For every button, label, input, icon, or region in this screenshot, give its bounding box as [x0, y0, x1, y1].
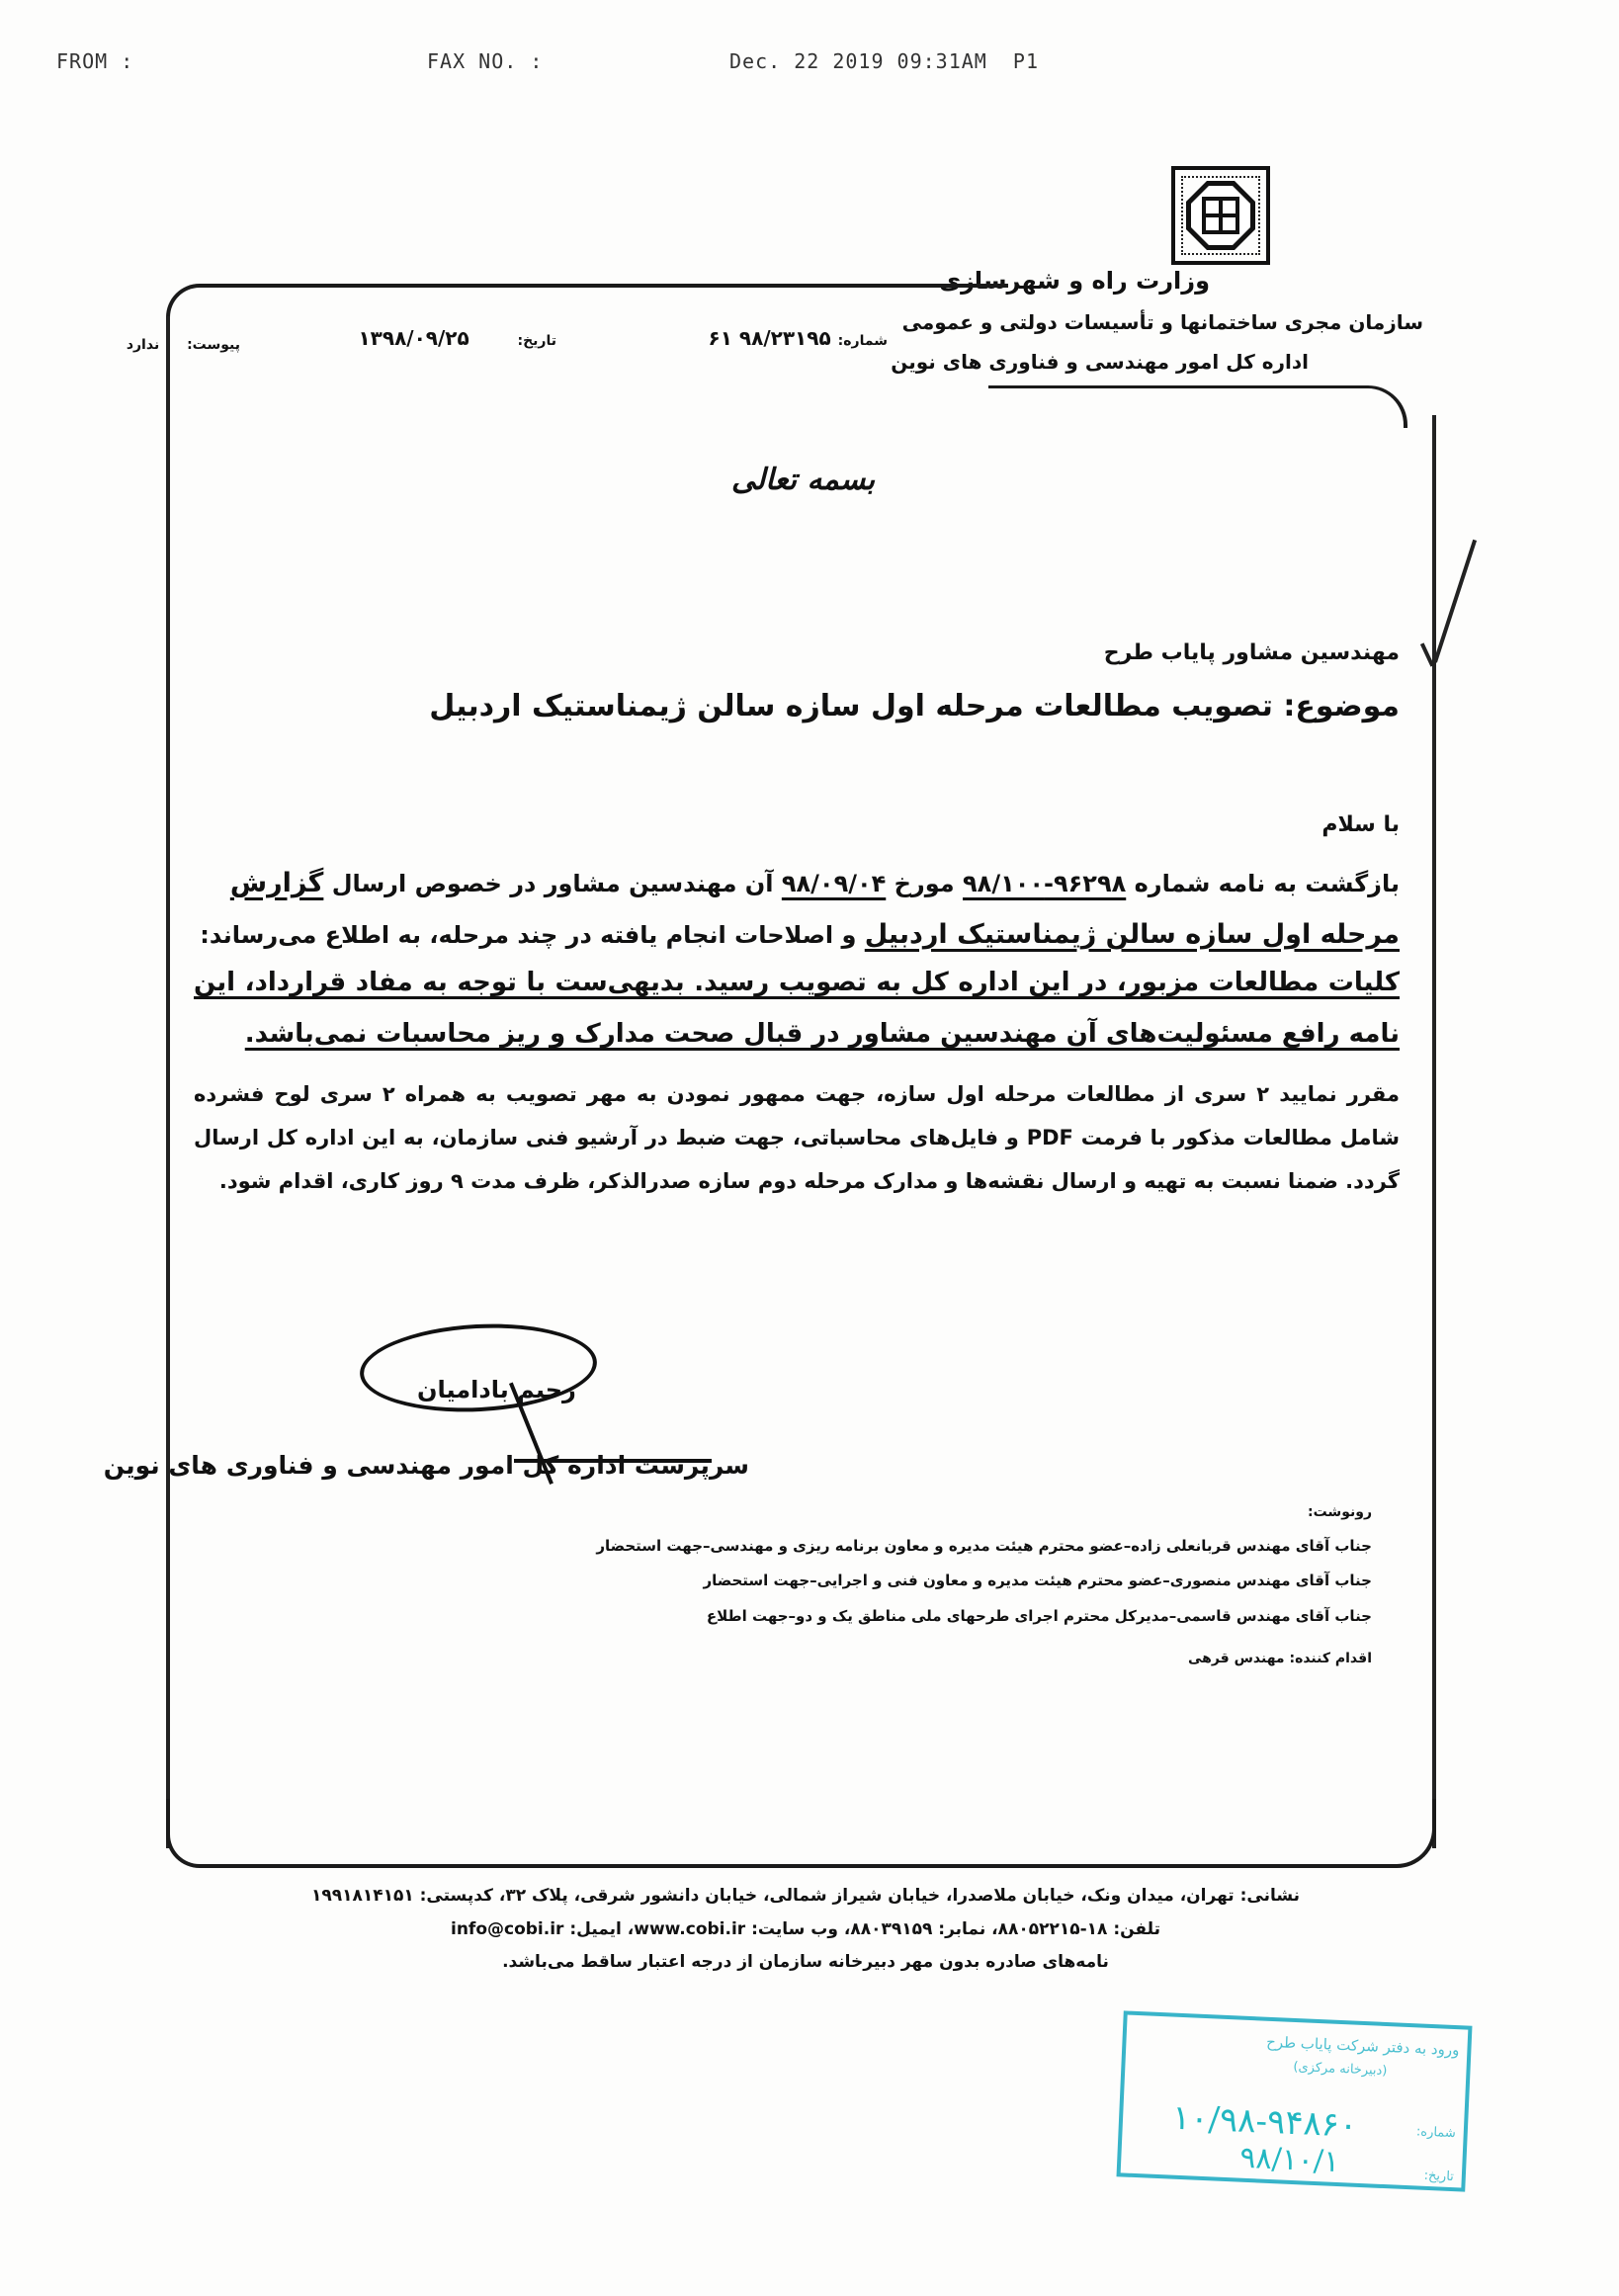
letter-date-label: تاریخ: [517, 333, 556, 349]
footer-contact: تلفن: ۱۸-۸۸۰۵۲۲۱۵، نمابر: ۸۸۰۳۹۱۵۹، وب س… [297, 1919, 1315, 1939]
letter-date-value: ۱۳۹۸/۰۹/۲۵ [358, 326, 469, 350]
attachment-label: پیوست: [187, 337, 240, 353]
stamp-number-value: ۱۰/۹۸-۹۴۸۶۰ [1171, 2098, 1358, 2146]
paragraph1-prefix: بازگشت به نامه شماره [1126, 870, 1400, 897]
cc-item: جناب آقای مهندس قاسمی–مدیرکل محترم اجرای… [707, 1607, 1372, 1625]
bismillah-heading: بسمه تعالی [731, 463, 875, 497]
fax-number-label: FAX NO. : [427, 49, 543, 73]
letter-number-label: شماره: [838, 333, 888, 349]
fax-page-number: P1 [1013, 49, 1039, 73]
paragraph1-dated: مورخ [886, 870, 963, 897]
attachment-value: ندارد [127, 337, 159, 353]
cc-label: رونوشت: [1308, 1504, 1372, 1520]
signatory-title: سرپرست اداره کل امور مهندسی و فناوری های… [104, 1451, 749, 1480]
paragraph1-suffix: و اصلاحات انجام یافته در چند مرحله، به ا… [200, 921, 864, 949]
signatory-name: رحیم بادامیان [417, 1376, 576, 1403]
greeting: با سلام [1321, 812, 1400, 837]
frame-border-left [166, 316, 170, 1848]
paragraph1-mid: آن مهندسین مشاور در خصوص ارسال [323, 870, 781, 897]
letter-date: تاریخ: ۱۳۹۸/۰۹/۲۵ [358, 326, 556, 350]
frame-border-top-left [166, 284, 1008, 327]
stamp-number-label: شماره: [1416, 2124, 1456, 2141]
stamp-date-value: ۹۸/۱۰/۱ [1239, 2141, 1340, 2179]
letter-attachment: پیوست: ندارد [127, 330, 240, 354]
frame-border-right [1432, 415, 1436, 1848]
receipt-stamp: ورود به دفتر شرکت پایاب طرح (دبیرخانه مر… [1117, 2010, 1473, 2191]
fax-datetime-value: Dec. 22 2019 09:31AM [729, 49, 987, 73]
paragraph-approval: کلیات مطالعات مزبور، در این اداره کل به … [194, 957, 1400, 1060]
recipient: مهندسین مشاور پایاب طرح [1104, 640, 1400, 665]
stamp-subheader: (دبیرخانه مرکزی) [1293, 2060, 1388, 2079]
stamp-date-label: تاریخ: [1423, 2168, 1454, 2184]
cc-item: جناب آقای مهندس قربانعلی زاده–عضو محترم … [596, 1537, 1372, 1555]
ministry-logo-icon [1171, 166, 1270, 265]
fax-from-label: FROM : [56, 49, 133, 73]
footer-address: نشانی: تهران، میدان ونک، خیابان ملاصدرا،… [297, 1886, 1315, 1906]
footer-notice: نامه‌های صادره بدون مهر دبیرخانه سازمان … [297, 1952, 1315, 1972]
checkmark-icon [1433, 540, 1477, 663]
fax-datetime: Dec. 22 2019 09:31AM P1 [729, 49, 1039, 73]
subject-line: موضوع: تصویب مطالعات مرحله اول سازه سالن… [429, 689, 1400, 723]
action-by: اقدام کننده: مهندس قرهی [1188, 1651, 1372, 1666]
frame-border-top-right [988, 385, 1407, 428]
paragraph-reference: بازگشت به نامه شماره ۹۶۲۹۸-۹۸/۱۰۰ مورخ ۹… [194, 858, 1400, 961]
paragraph-instructions: مقرر نمایید ۲ سری از مطالعات مرحله اول س… [194, 1072, 1400, 1203]
stamp-header: ورود به دفتر شرکت پایاب طرح [1266, 2033, 1460, 2060]
letter-number-value: ۹۸/۲۳۱۹۵ ۶۱ [709, 326, 831, 350]
cc-item: جناب آقای مهندس منصوری–عضو محترم هیئت مد… [703, 1572, 1372, 1589]
department-name: اداره کل امور مهندسی و فناوری های نوین [891, 350, 1309, 374]
reference-letter-number: ۹۶۲۹۸-۹۸/۱۰۰ [963, 870, 1126, 897]
letter-number: شماره: ۹۸/۲۳۱۹۵ ۶۱ [709, 326, 888, 350]
reference-letter-date: ۹۸/۰۹/۰۴ [782, 870, 886, 897]
frame-border-bottom [166, 1799, 1436, 1868]
